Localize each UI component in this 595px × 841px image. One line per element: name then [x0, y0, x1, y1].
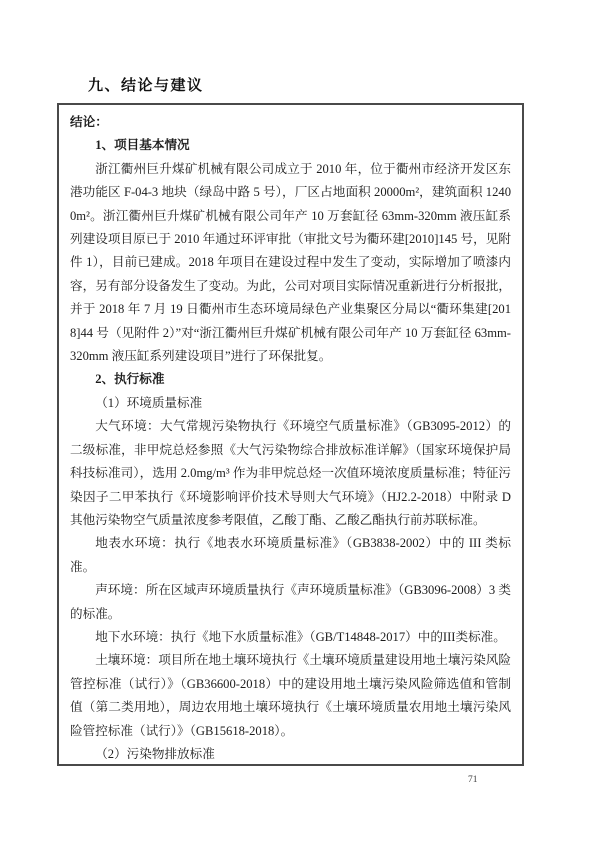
- subheading-pollutant-discharge-standards: （2）污染物排放标准: [70, 743, 511, 766]
- document-page: 九、结论与建议 结论： 1、项目基本情况 浙江衢州巨升煤矿机械有限公司成立于 2…: [0, 0, 595, 841]
- paragraph-project-overview: 浙江衢州巨升煤矿机械有限公司成立于 2010 年，位于衢州市经济开发区东港功能区…: [70, 158, 511, 369]
- page-number: 71: [468, 775, 478, 785]
- paragraph-acoustic-environment: 声环境：所在区域声环境质量执行《声环境质量标准》（GB3096-2008）3 类…: [70, 579, 511, 626]
- paragraph-air-environment: 大气环境：大气常规污染物执行《环境空气质量标准》（GB3095-2012）的二级…: [70, 415, 511, 532]
- heading-project-basic-info: 1、项目基本情况: [70, 134, 511, 157]
- paragraph-groundwater: 地下水环境：执行《地下水质量标准》（GB/T14848-2017）中的III类标…: [70, 626, 511, 649]
- subheading-environment-quality-standards: （1）环境质量标准: [70, 392, 511, 415]
- conclusion-box: 结论： 1、项目基本情况 浙江衢州巨升煤矿机械有限公司成立于 2010 年，位于…: [57, 103, 524, 766]
- paragraph-surface-water: 地表水环境：执行《地表水环境质量标准》（GB3838-2002）中的 III 类…: [70, 532, 511, 579]
- heading-execution-standards: 2、执行标准: [70, 368, 511, 391]
- conclusion-label: 结论：: [70, 111, 511, 134]
- paragraph-soil-environment: 土壤环境：项目所在地土壤环境执行《土壤环境质量建设用地土壤污染风险管控标准（试行…: [70, 649, 511, 743]
- section-title: 九、结论与建议: [88, 74, 204, 95]
